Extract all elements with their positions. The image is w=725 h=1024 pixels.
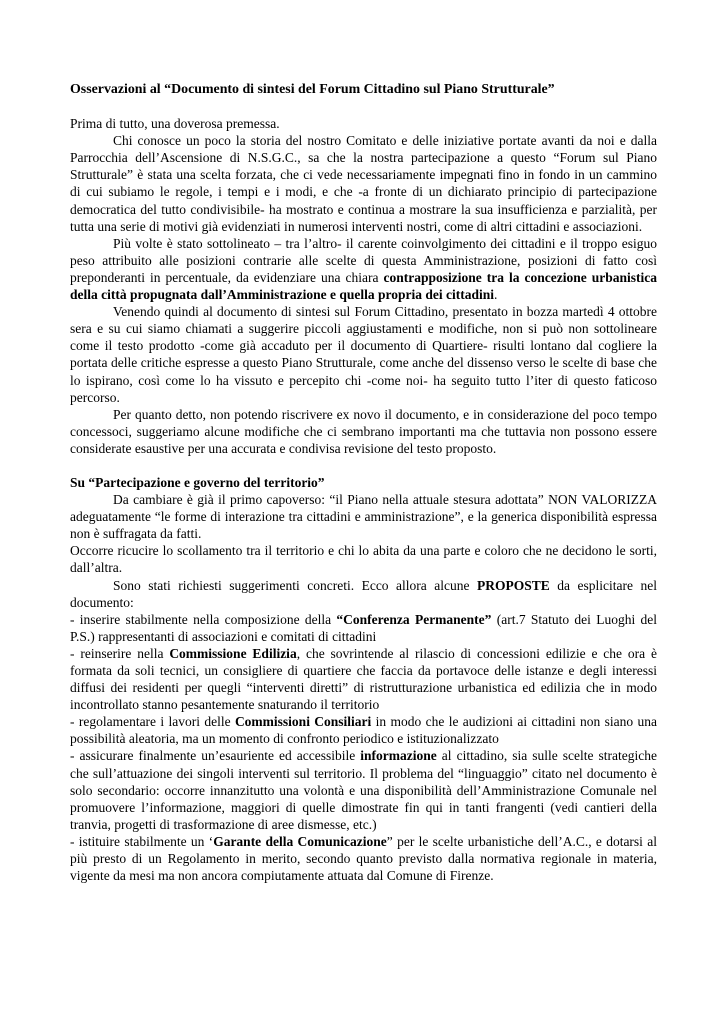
paragraph: Più volte è stato sottolineato – tra l’a… [70,235,657,303]
text-run: Per quanto detto, non potendo riscrivere… [70,407,657,456]
list-item: - reinserire nella Commissione Edilizia,… [70,645,657,713]
text-run: - regolamentare i lavori delle [70,714,235,729]
paragraph-premessa: Prima di tutto, una doverosa premessa. [70,115,657,132]
text-run: - istituire stabilmente un ‘ [70,834,213,849]
text-run: . [494,287,497,302]
bold-run: Osservazioni al “Documento di sintesi de… [70,82,555,97]
bold-run: Commissione Edilizia [169,646,296,661]
text-run: Prima di tutto, una doverosa premessa. [70,116,280,131]
section-heading: Su “Partecipazione e governo del territo… [70,474,657,491]
paragraph: Per quanto detto, non potendo riscrivere… [70,406,657,457]
paragraph: Da cambiare è già il primo capoverso: “i… [70,491,657,542]
bold-run: PROPOSTE [477,578,550,593]
bold-run: informazione [360,748,437,763]
text-run: - reinserire nella [70,646,169,661]
list-item: - istituire stabilmente un ‘Garante dell… [70,833,657,884]
text-run: - assicurare finalmente un’esauriente ed… [70,748,360,763]
bold-run: “Conferenza Permanente” [336,612,491,627]
list-item: - regolamentare i lavori delle Commissio… [70,713,657,747]
paragraph: Chi conosce un poco la storia del nostro… [70,132,657,235]
document-title: Osservazioni al “Documento di sintesi de… [70,81,657,98]
list-item: - assicurare finalmente un’esauriente ed… [70,747,657,832]
text-run: - inserire stabilmente nella composizion… [70,612,336,627]
text-run: Sono stati richiesti suggerimenti concre… [113,578,477,593]
bold-run: Garante della Comunicazione [213,834,387,849]
text-run: Da cambiare è già il primo capoverso: “i… [70,492,657,541]
bold-run: Commissioni Consiliari [235,714,371,729]
document-page: Osservazioni al “Documento di sintesi de… [0,0,725,1024]
text-run: Chi conosce un poco la storia del nostro… [70,133,657,233]
paragraph: Venendo quindi al documento di sintesi s… [70,303,657,406]
text-run: Venendo quindi al documento di sintesi s… [70,304,657,404]
text-run: Occorre ricucire lo scollamento tra il t… [70,543,657,575]
paragraph: Sono stati richiesti suggerimenti concre… [70,577,657,611]
paragraph: Occorre ricucire lo scollamento tra il t… [70,542,657,576]
bold-run: Su “Partecipazione e governo del territo… [70,475,325,490]
list-item: - inserire stabilmente nella composizion… [70,611,657,645]
